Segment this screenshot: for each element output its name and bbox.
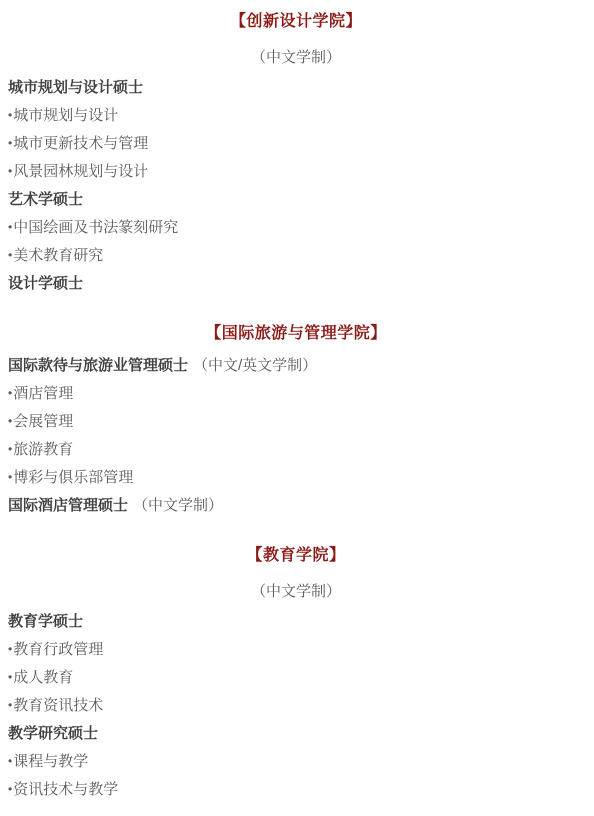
bullet-line: •成人教育 [8,670,584,685]
bullet-icon: • [8,442,12,456]
bullet-icon: • [8,470,12,484]
college-subtitle: （中文学制） [8,46,584,67]
bullet-icon: • [8,670,12,684]
program-lines: 国际款待与旅游业管理硕士（中文/英文学制） •酒店管理 •会展管理 •旅游教育 … [8,358,584,513]
bullet-line: •风景园林规划与设计 [8,164,584,179]
college-sections: 【创新设计学院】 （中文学制） 城市规划与设计硕士 •城市规划与设计 •城市更新… [8,8,584,797]
bullet-line: •资讯技术与教学 [8,782,584,797]
bullet-text: 旅游教育 [13,441,73,458]
college-subtitle: （中文学制） [8,580,584,601]
program-name: 城市规划与设计硕士 [8,79,143,96]
bullet-text: 教育行政管理 [13,641,103,658]
bullet-icon: • [8,248,12,262]
program-name: 设计学硕士 [8,275,83,292]
bullet-icon: • [8,386,12,400]
program-name: 教学研究硕士 [8,725,98,742]
bullet-line: •旅游教育 [8,442,584,457]
bullet-line: •会展管理 [8,414,584,429]
program-line: 教育学硕士 [8,614,584,629]
program-line: 设计学硕士 [8,276,584,291]
bullet-line: •课程与教学 [8,754,584,769]
program-line: 国际款待与旅游业管理硕士（中文/英文学制） [8,358,584,373]
program-name: 国际款待与旅游业管理硕士 [8,357,188,374]
college-section: 【国际旅游与管理学院】 国际款待与旅游业管理硕士（中文/英文学制） •酒店管理 … [8,320,584,513]
program-line: 国际酒店管理硕士（中文学制） [8,498,584,513]
bullet-text: 风景园林规划与设计 [13,163,148,180]
program-lines: 城市规划与设计硕士 •城市规划与设计 •城市更新技术与管理 •风景园林规划与设计… [8,80,584,291]
college-section: 【教育学院】 （中文学制） 教育学硕士 •教育行政管理 •成人教育 •教育资讯技… [8,542,584,797]
bullet-icon: • [8,220,12,234]
bullet-text: 酒店管理 [13,385,73,402]
college-title: 【创新设计学院】 [8,8,584,31]
program-line: 教学研究硕士 [8,726,584,741]
bullet-line: •教育行政管理 [8,642,584,657]
bullet-text: 美术教育研究 [13,247,103,264]
program-line: 艺术学硕士 [8,192,584,207]
program-name: 艺术学硕士 [8,191,83,208]
bullet-text: 博彩与俱乐部管理 [13,469,133,486]
bullet-text: 城市规划与设计 [13,107,118,124]
bullet-text: 城市更新技术与管理 [13,135,148,152]
bullet-icon: • [8,164,12,178]
college-title: 【国际旅游与管理学院】 [8,320,584,343]
college-title: 【教育学院】 [8,542,584,565]
bullet-line: •博彩与俱乐部管理 [8,470,584,485]
program-line: 城市规划与设计硕士 [8,80,584,95]
program-note: （中文/英文学制） [193,357,317,374]
bullet-line: •城市更新技术与管理 [8,136,584,151]
bullet-line: •酒店管理 [8,386,584,401]
bullet-text: 中国绘画及书法篆刻研究 [13,219,178,236]
bullet-icon: • [8,136,12,150]
college-section: 【创新设计学院】 （中文学制） 城市规划与设计硕士 •城市规划与设计 •城市更新… [8,8,584,291]
bullet-text: 教育资讯技术 [13,697,103,714]
program-name: 国际酒店管理硕士 [8,497,128,514]
bullet-text: 课程与教学 [13,753,88,770]
bullet-text: 资讯技术与教学 [13,781,118,798]
bullet-icon: • [8,782,12,796]
bullet-text: 成人教育 [13,669,73,686]
program-note: （中文学制） [133,497,223,514]
bullet-icon: • [8,414,12,428]
program-list-page: 【创新设计学院】 （中文学制） 城市规划与设计硕士 •城市规划与设计 •城市更新… [0,0,594,816]
bullet-line: •中国绘画及书法篆刻研究 [8,220,584,235]
bullet-icon: • [8,754,12,768]
program-lines: 教育学硕士 •教育行政管理 •成人教育 •教育资讯技术 教学研究硕士 •课程与教… [8,614,584,797]
bullet-icon: • [8,642,12,656]
bullet-text: 会展管理 [13,413,73,430]
bullet-line: •城市规划与设计 [8,108,584,123]
bullet-line: •教育资讯技术 [8,698,584,713]
program-name: 教育学硕士 [8,613,83,630]
bullet-icon: • [8,698,12,712]
bullet-line: •美术教育研究 [8,248,584,263]
bullet-icon: • [8,108,12,122]
